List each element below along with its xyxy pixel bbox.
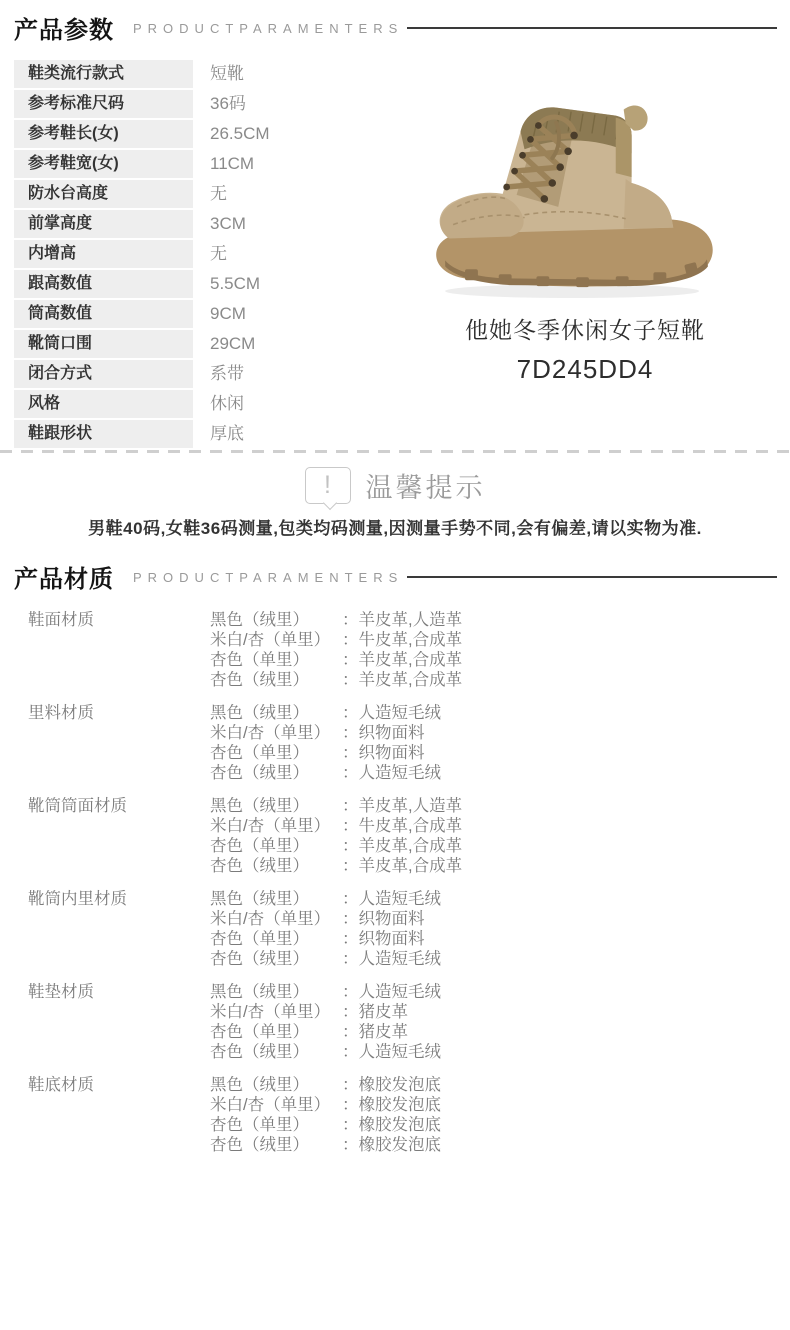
param-label: 鞋类流行款式 bbox=[14, 60, 193, 88]
material-value: 羊皮革,人造革 bbox=[359, 796, 463, 816]
param-value: 26.5CM bbox=[193, 120, 270, 148]
header-rule bbox=[407, 27, 777, 29]
colon: ： bbox=[342, 650, 359, 670]
material-lines: 黑色（绒里）：人造短毛绒 米白/杏（单里）：织物面料 杏色（单里）：织物面料 杏… bbox=[210, 889, 441, 969]
material-line: 杏色（单里）：猪皮革 bbox=[210, 1022, 441, 1042]
colon: ： bbox=[342, 1022, 359, 1042]
materials-list: 鞋面材质 黑色（绒里）：羊皮革,人造革 米白/杏（单里）：牛皮革,合成革 杏色（… bbox=[0, 610, 790, 1155]
variant-label: 黑色（绒里） bbox=[210, 796, 342, 816]
section-subtitle: PRODUCTPARAMENTERS bbox=[133, 21, 403, 36]
variant-label: 米白/杏（单里） bbox=[210, 630, 342, 650]
material-label: 鞋垫材质 bbox=[28, 982, 210, 1062]
material-value: 人造短毛绒 bbox=[359, 889, 442, 909]
variant-label: 杏色（绒里） bbox=[210, 1135, 342, 1155]
material-line: 米白/杏（单里）：橡胶发泡底 bbox=[210, 1095, 441, 1115]
material-line: 杏色（绒里）：人造短毛绒 bbox=[210, 949, 441, 969]
colon: ： bbox=[342, 1135, 359, 1155]
material-value: 人造短毛绒 bbox=[359, 1042, 442, 1062]
notice-title: 温馨提示 bbox=[366, 466, 486, 505]
table-row: 内增高无 bbox=[14, 240, 410, 268]
material-value: 牛皮革,合成革 bbox=[359, 630, 463, 650]
param-label: 风格 bbox=[14, 390, 193, 418]
table-row: 鞋类流行款式短靴 bbox=[14, 60, 410, 88]
param-value: 厚底 bbox=[193, 420, 244, 448]
colon: ： bbox=[342, 743, 359, 763]
param-label: 内增高 bbox=[14, 240, 193, 268]
table-row: 风格休闲 bbox=[14, 390, 410, 418]
colon: ： bbox=[342, 909, 359, 929]
variant-label: 黑色（绒里） bbox=[210, 1075, 342, 1095]
param-label: 参考鞋长(女) bbox=[14, 120, 193, 148]
material-line: 米白/杏（单里）：织物面料 bbox=[210, 723, 441, 743]
param-value: 9CM bbox=[193, 300, 246, 328]
section-subtitle: PRODUCTPARAMENTERS bbox=[133, 570, 403, 585]
material-line: 黑色（绒里）：羊皮革,人造革 bbox=[210, 610, 462, 630]
table-row: 闭合方式系带 bbox=[14, 360, 410, 388]
param-label: 筒高数值 bbox=[14, 300, 193, 328]
param-value: 36码 bbox=[193, 90, 246, 118]
notice-header: ! 温馨提示 bbox=[0, 466, 790, 505]
variant-label: 杏色（单里） bbox=[210, 1115, 342, 1135]
colon: ： bbox=[342, 1042, 359, 1062]
material-value: 猪皮革 bbox=[359, 1002, 409, 1022]
material-line: 米白/杏（单里）：牛皮革,合成革 bbox=[210, 630, 462, 650]
colon: ： bbox=[342, 763, 359, 783]
material-value: 羊皮革,合成革 bbox=[359, 856, 463, 876]
param-label: 防水台高度 bbox=[14, 180, 193, 208]
material-lines: 黑色（绒里）：人造短毛绒 米白/杏（单里）：织物面料 杏色（单里）：织物面料 杏… bbox=[210, 703, 441, 783]
table-row: 参考鞋宽(女)11CM bbox=[14, 150, 410, 178]
variant-label: 黑色（绒里） bbox=[210, 982, 342, 1002]
material-value: 橡胶发泡底 bbox=[359, 1135, 442, 1155]
table-row: 靴筒口围29CM bbox=[14, 330, 410, 358]
material-label: 鞋面材质 bbox=[28, 610, 210, 690]
variant-label: 米白/杏（单里） bbox=[210, 816, 342, 836]
material-value: 织物面料 bbox=[359, 743, 425, 763]
section-title: 产品材质 bbox=[14, 559, 114, 594]
material-line: 黑色（绒里）：羊皮革,人造革 bbox=[210, 796, 462, 816]
variant-label: 杏色（绒里） bbox=[210, 763, 342, 783]
variant-label: 米白/杏（单里） bbox=[210, 723, 342, 743]
table-row: 参考标准尺码36码 bbox=[14, 90, 410, 118]
product-code: 7D245DD4 bbox=[517, 354, 654, 385]
variant-label: 米白/杏（单里） bbox=[210, 1095, 342, 1115]
material-label: 里料材质 bbox=[28, 703, 210, 783]
material-value: 橡胶发泡底 bbox=[359, 1075, 442, 1095]
colon: ： bbox=[342, 1075, 359, 1095]
material-section: 里料材质 黑色（绒里）：人造短毛绒 米白/杏（单里）：织物面料 杏色（单里）：织… bbox=[28, 703, 790, 783]
param-value: 无 bbox=[193, 240, 227, 268]
material-lines: 黑色（绒里）：人造短毛绒 米白/杏（单里）：猪皮革 杏色（单里）：猪皮革 杏色（… bbox=[210, 982, 441, 1062]
material-line: 杏色（单里）：橡胶发泡底 bbox=[210, 1115, 441, 1135]
material-section: 靴筒筒面材质 黑色（绒里）：羊皮革,人造革 米白/杏（单里）：牛皮革,合成革 杏… bbox=[28, 796, 790, 876]
variant-label: 杏色（绒里） bbox=[210, 1042, 342, 1062]
variant-label: 杏色（单里） bbox=[210, 929, 342, 949]
material-value: 羊皮革,合成革 bbox=[359, 836, 463, 856]
colon: ： bbox=[342, 1095, 359, 1115]
material-value: 人造短毛绒 bbox=[359, 949, 442, 969]
variant-label: 米白/杏（单里） bbox=[210, 1002, 342, 1022]
product-showcase: 他她冬季休闲女子短靴 7D245DD4 bbox=[410, 60, 790, 450]
variant-label: 杏色（单里） bbox=[210, 836, 342, 856]
colon: ： bbox=[342, 723, 359, 743]
material-value: 橡胶发泡底 bbox=[359, 1095, 442, 1115]
material-line: 杏色（绒里）：人造短毛绒 bbox=[210, 763, 441, 783]
param-value: 短靴 bbox=[193, 60, 244, 88]
table-row: 跟高数值5.5CM bbox=[14, 270, 410, 298]
variant-label: 杏色（单里） bbox=[210, 1022, 342, 1042]
material-line: 杏色（绒里）：橡胶发泡底 bbox=[210, 1135, 441, 1155]
boot-image bbox=[420, 66, 750, 304]
material-lines: 黑色（绒里）：羊皮革,人造革 米白/杏（单里）：牛皮革,合成革 杏色（单里）：羊… bbox=[210, 796, 462, 876]
material-label: 靴筒筒面材质 bbox=[28, 796, 210, 876]
exclamation-bubble-icon: ! bbox=[305, 467, 351, 504]
param-label: 前掌高度 bbox=[14, 210, 193, 238]
notice-section: ! 温馨提示 男鞋40码,女鞋36码测量,包类均码测量,因测量手势不同,会有偏差… bbox=[0, 466, 790, 539]
variant-label: 杏色（绒里） bbox=[210, 949, 342, 969]
material-value: 织物面料 bbox=[359, 909, 425, 929]
material-lines: 黑色（绒里）：橡胶发泡底 米白/杏（单里）：橡胶发泡底 杏色（单里）：橡胶发泡底… bbox=[210, 1075, 441, 1155]
material-line: 杏色（单里）：织物面料 bbox=[210, 929, 441, 949]
table-row: 防水台高度无 bbox=[14, 180, 410, 208]
material-value: 羊皮革,合成革 bbox=[359, 650, 463, 670]
section-header-params: 产品参数 PRODUCTPARAMENTERS bbox=[0, 0, 790, 44]
colon: ： bbox=[342, 610, 359, 630]
material-lines: 黑色（绒里）：羊皮革,人造革 米白/杏（单里）：牛皮革,合成革 杏色（单里）：羊… bbox=[210, 610, 462, 690]
table-row: 鞋跟形状厚底 bbox=[14, 420, 410, 448]
table-row: 前掌高度3CM bbox=[14, 210, 410, 238]
product-name: 他她冬季休闲女子短靴 bbox=[465, 312, 705, 345]
material-value: 人造短毛绒 bbox=[359, 982, 442, 1002]
parameter-table: 鞋类流行款式短靴 参考标准尺码36码 参考鞋长(女)26.5CM 参考鞋宽(女)… bbox=[14, 60, 410, 450]
param-value: 11CM bbox=[193, 150, 254, 178]
material-line: 杏色（绒里）：羊皮革,合成革 bbox=[210, 856, 462, 876]
variant-label: 杏色（绒里） bbox=[210, 670, 342, 690]
param-label: 参考标准尺码 bbox=[14, 90, 193, 118]
material-value: 猪皮革 bbox=[359, 1022, 409, 1042]
colon: ： bbox=[342, 929, 359, 949]
colon: ： bbox=[342, 1115, 359, 1135]
material-value: 羊皮革,合成革 bbox=[359, 670, 463, 690]
material-line: 黑色（绒里）：橡胶发泡底 bbox=[210, 1075, 441, 1095]
variant-label: 黑色（绒里） bbox=[210, 703, 342, 723]
material-line: 黑色（绒里）：人造短毛绒 bbox=[210, 889, 441, 909]
colon: ： bbox=[342, 836, 359, 856]
param-label: 跟高数值 bbox=[14, 270, 193, 298]
variant-label: 杏色（单里） bbox=[210, 650, 342, 670]
material-section: 鞋垫材质 黑色（绒里）：人造短毛绒 米白/杏（单里）：猪皮革 杏色（单里）：猪皮… bbox=[28, 982, 790, 1062]
material-line: 杏色（绒里）：人造短毛绒 bbox=[210, 1042, 441, 1062]
material-line: 米白/杏（单里）：牛皮革,合成革 bbox=[210, 816, 462, 836]
dashed-divider bbox=[0, 450, 790, 453]
material-line: 杏色（单里）：织物面料 bbox=[210, 743, 441, 763]
colon: ： bbox=[342, 816, 359, 836]
param-value: 系带 bbox=[193, 360, 244, 388]
product-detail-page: 产品参数 PRODUCTPARAMENTERS 鞋类流行款式短靴 参考标准尺码3… bbox=[0, 0, 790, 1330]
param-label: 参考鞋宽(女) bbox=[14, 150, 193, 178]
notice-text: 男鞋40码,女鞋36码测量,包类均码测量,因测量手势不同,会有偏差,请以实物为准… bbox=[0, 514, 790, 539]
table-row: 参考鞋长(女)26.5CM bbox=[14, 120, 410, 148]
colon: ： bbox=[342, 982, 359, 1002]
variant-label: 黑色（绒里） bbox=[210, 889, 342, 909]
material-line: 杏色（绒里）：羊皮革,合成革 bbox=[210, 670, 462, 690]
material-value: 羊皮革,人造革 bbox=[359, 610, 463, 630]
colon: ： bbox=[342, 949, 359, 969]
variant-label: 米白/杏（单里） bbox=[210, 909, 342, 929]
material-line: 米白/杏（单里）：猪皮革 bbox=[210, 1002, 441, 1022]
material-value: 织物面料 bbox=[359, 723, 425, 743]
variant-label: 杏色（单里） bbox=[210, 743, 342, 763]
variant-label: 黑色（绒里） bbox=[210, 610, 342, 630]
param-value: 29CM bbox=[193, 330, 255, 358]
colon: ： bbox=[342, 1002, 359, 1022]
material-line: 杏色（单里）：羊皮革,合成革 bbox=[210, 650, 462, 670]
material-value: 人造短毛绒 bbox=[359, 703, 442, 723]
colon: ： bbox=[342, 670, 359, 690]
material-value: 牛皮革,合成革 bbox=[359, 816, 463, 836]
param-label: 闭合方式 bbox=[14, 360, 193, 388]
table-row: 筒高数值9CM bbox=[14, 300, 410, 328]
colon: ： bbox=[342, 796, 359, 816]
param-label: 靴筒口围 bbox=[14, 330, 193, 358]
section-header-materials: 产品材质 PRODUCTPARAMENTERS bbox=[0, 549, 790, 593]
material-section: 鞋底材质 黑色（绒里）：橡胶发泡底 米白/杏（单里）：橡胶发泡底 杏色（单里）：… bbox=[28, 1075, 790, 1155]
colon: ： bbox=[342, 703, 359, 723]
material-value: 人造短毛绒 bbox=[359, 763, 442, 783]
variant-label: 杏色（绒里） bbox=[210, 856, 342, 876]
material-section: 鞋面材质 黑色（绒里）：羊皮革,人造革 米白/杏（单里）：牛皮革,合成革 杏色（… bbox=[28, 610, 790, 690]
param-value: 3CM bbox=[193, 210, 246, 238]
material-line: 黑色（绒里）：人造短毛绒 bbox=[210, 982, 441, 1002]
colon: ： bbox=[342, 889, 359, 909]
colon: ： bbox=[342, 630, 359, 650]
material-label: 靴筒内里材质 bbox=[28, 889, 210, 969]
exclamation-glyph: ! bbox=[324, 471, 331, 499]
material-label: 鞋底材质 bbox=[28, 1075, 210, 1155]
colon: ： bbox=[342, 856, 359, 876]
param-value: 休闲 bbox=[193, 390, 244, 418]
section-title: 产品参数 bbox=[14, 10, 114, 45]
param-value: 5.5CM bbox=[193, 270, 260, 298]
param-label: 鞋跟形状 bbox=[14, 420, 193, 448]
material-line: 黑色（绒里）：人造短毛绒 bbox=[210, 703, 441, 723]
material-value: 织物面料 bbox=[359, 929, 425, 949]
parameters-area: 鞋类流行款式短靴 参考标准尺码36码 参考鞋长(女)26.5CM 参考鞋宽(女)… bbox=[0, 60, 790, 450]
material-value: 橡胶发泡底 bbox=[359, 1115, 442, 1135]
header-rule bbox=[407, 576, 777, 578]
material-section: 靴筒内里材质 黑色（绒里）：人造短毛绒 米白/杏（单里）：织物面料 杏色（单里）… bbox=[28, 889, 790, 969]
param-value: 无 bbox=[193, 180, 227, 208]
material-line: 杏色（单里）：羊皮革,合成革 bbox=[210, 836, 462, 856]
material-line: 米白/杏（单里）：织物面料 bbox=[210, 909, 441, 929]
